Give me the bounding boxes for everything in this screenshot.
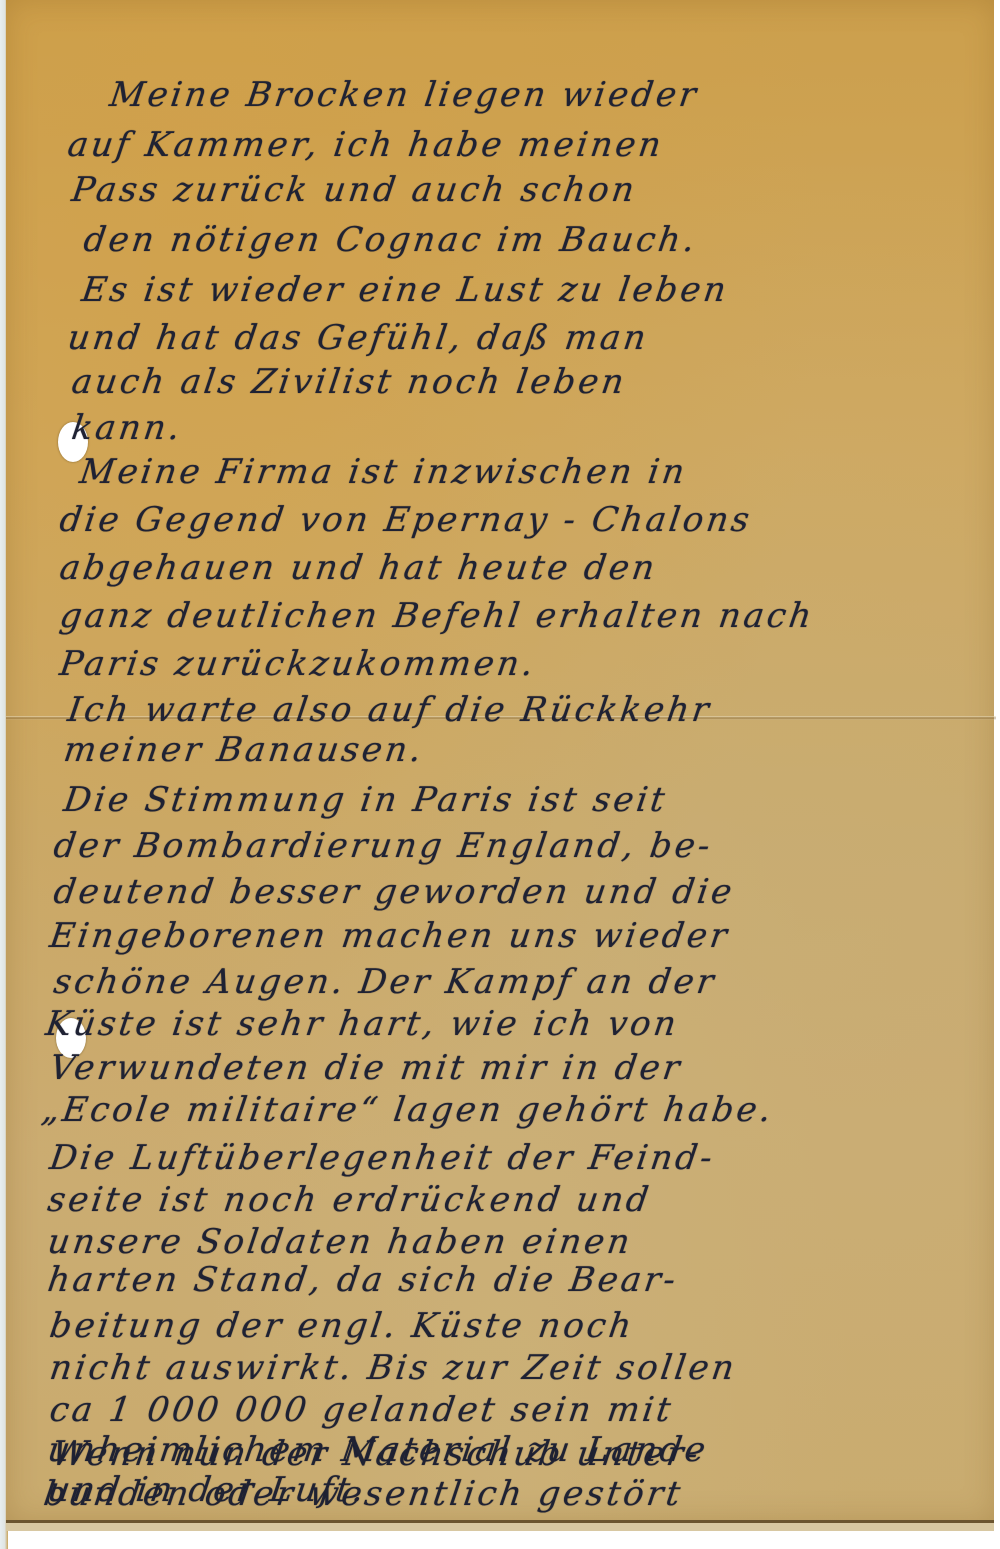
- letter-tail: Wenn nun der Nachschub unter- bunden ode…: [0, 0, 1000, 1549]
- letter-line: Wenn nun der Nachschub unter-: [49, 1434, 703, 1474]
- letter-line: bunden oder wesentlich gestört: [41, 1474, 685, 1514]
